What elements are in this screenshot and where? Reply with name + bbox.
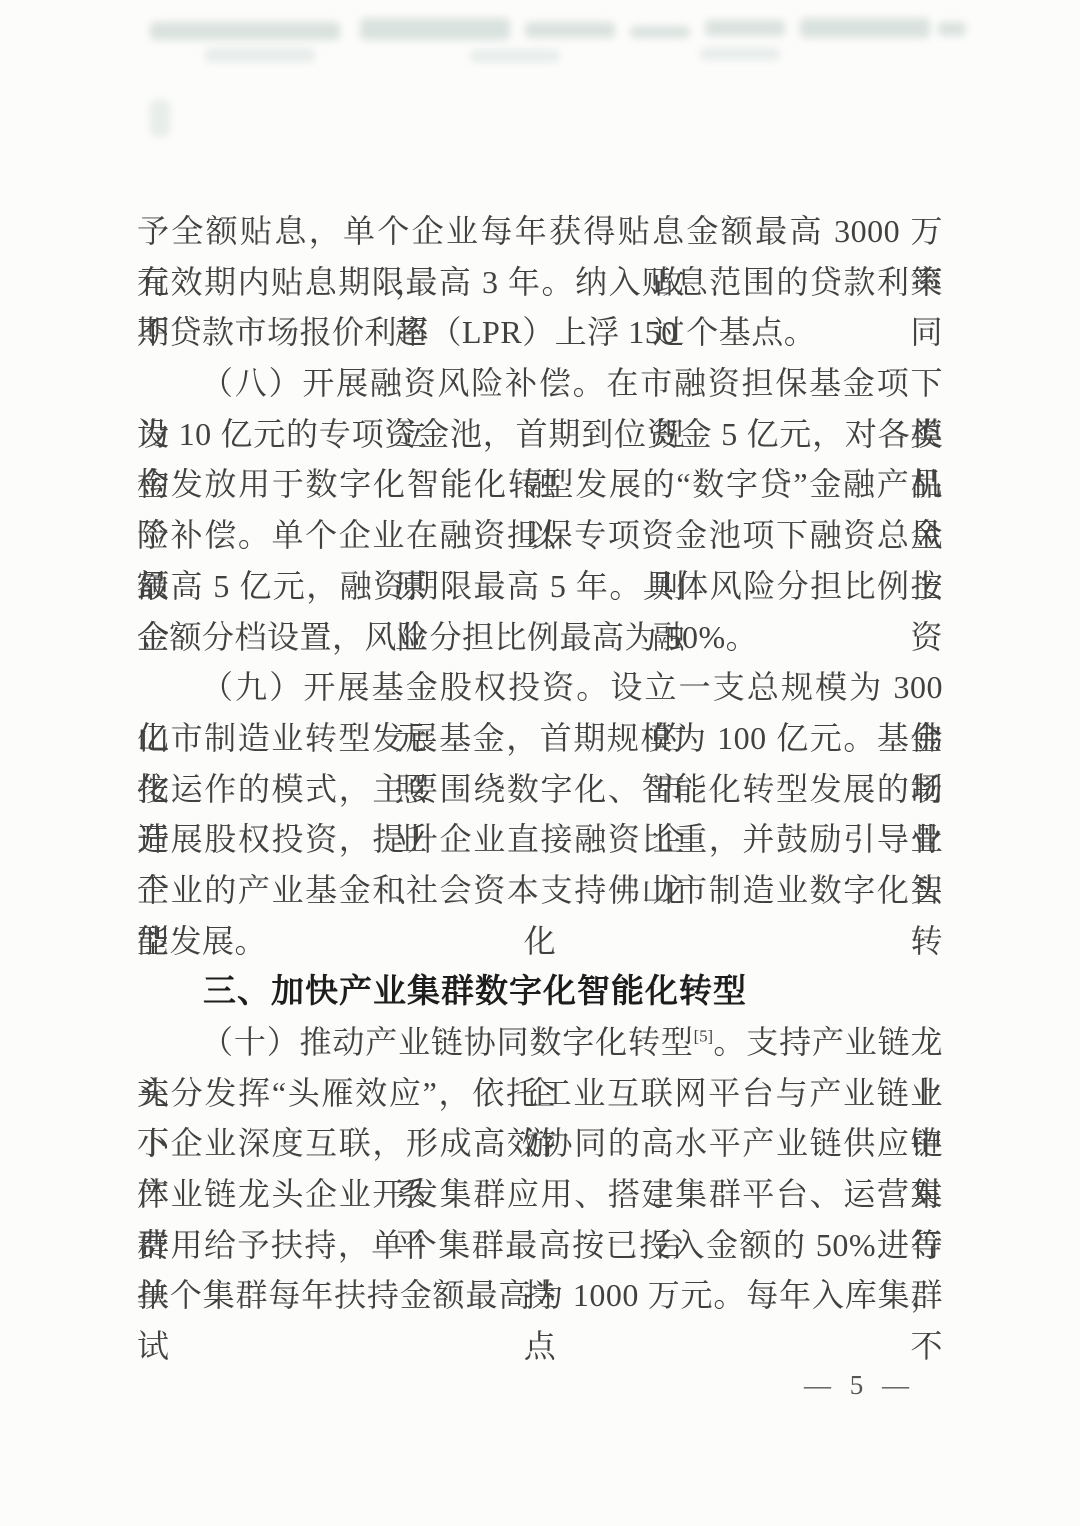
- document-line: 充分发挥“头雁效应”，依托工业互联网平台与产业链上下游中: [137, 1068, 943, 1119]
- document-line: 构发放用于数字化智能化转型发展的“数字贷”金融产品予以风: [137, 459, 943, 510]
- document-line: 开展股权投资，提升企业直接融资比重，并鼓励引导骨干、龙头: [137, 814, 943, 865]
- document-line: 费用给予扶持，单个集群最高按已投入金额的 50%进行扶持，: [137, 1220, 943, 1271]
- document-line: 企业的产业基金和社会资本支持佛山市制造业数字化智能化转: [137, 865, 943, 916]
- document-body: 予全额贴息，单个企业每年获得贴息金额最高 3000 万元，政策 有效期内贴息期限…: [137, 206, 943, 1321]
- document-line: 产业链龙头企业开发集群应用、搭建集群平台、运营集群平台等: [137, 1169, 943, 1220]
- footnote-marker: [5]: [694, 1026, 713, 1045]
- document-line: （九）开展基金股权投资。设立一支总规模为 300 亿元的佛: [137, 662, 943, 713]
- document-line: 小企业深度互联，形成高效协同的高水平产业链供应链体系。对: [137, 1118, 943, 1169]
- page-number: — 5 —: [804, 1370, 915, 1401]
- document-line: （十）推动产业链协同数字化转型[5]。支持产业链龙头企业: [137, 1017, 943, 1068]
- document-line: 单个集群每年扶持金额最高为 1000 万元。每年入库集群试点不: [137, 1270, 943, 1321]
- document-line: 最高 5 亿元，融资期限最高 5 年。具体风险分担比例按企业融资: [137, 561, 943, 612]
- document-line: 化运作的模式，主要围绕数字化、智能化转型发展的制造业企业: [137, 764, 943, 815]
- document-line-text: （十）推动产业链协同数字化转型: [201, 1024, 694, 1060]
- scanned-document-page: 予全额贴息，单个企业每年获得贴息金额最高 3000 万元，政策 有效期内贴息期限…: [0, 0, 1080, 1526]
- document-line: 为 10 亿元的专项资金池，首期到位资金 5 亿元，对各类金融机: [137, 409, 943, 460]
- document-line: （八）开展融资风险补偿。在市融资担保基金项下设立规模: [137, 358, 943, 409]
- document-line: 山市制造业转型发展基金，首期规模为 100 亿元。基金按照市场: [137, 713, 943, 764]
- document-line: 有效期内贴息期限最高 3 年。纳入贴息范围的贷款利率不超过同: [137, 257, 943, 308]
- document-line: 予全额贴息，单个企业每年获得贴息金额最高 3000 万元，政策: [137, 206, 943, 257]
- section-heading: 三、加快产业集群数字化智能化转型: [137, 966, 943, 1017]
- document-line: 险补偿。单个企业在融资担保专项资金池项下融资总金额原则上: [137, 510, 943, 561]
